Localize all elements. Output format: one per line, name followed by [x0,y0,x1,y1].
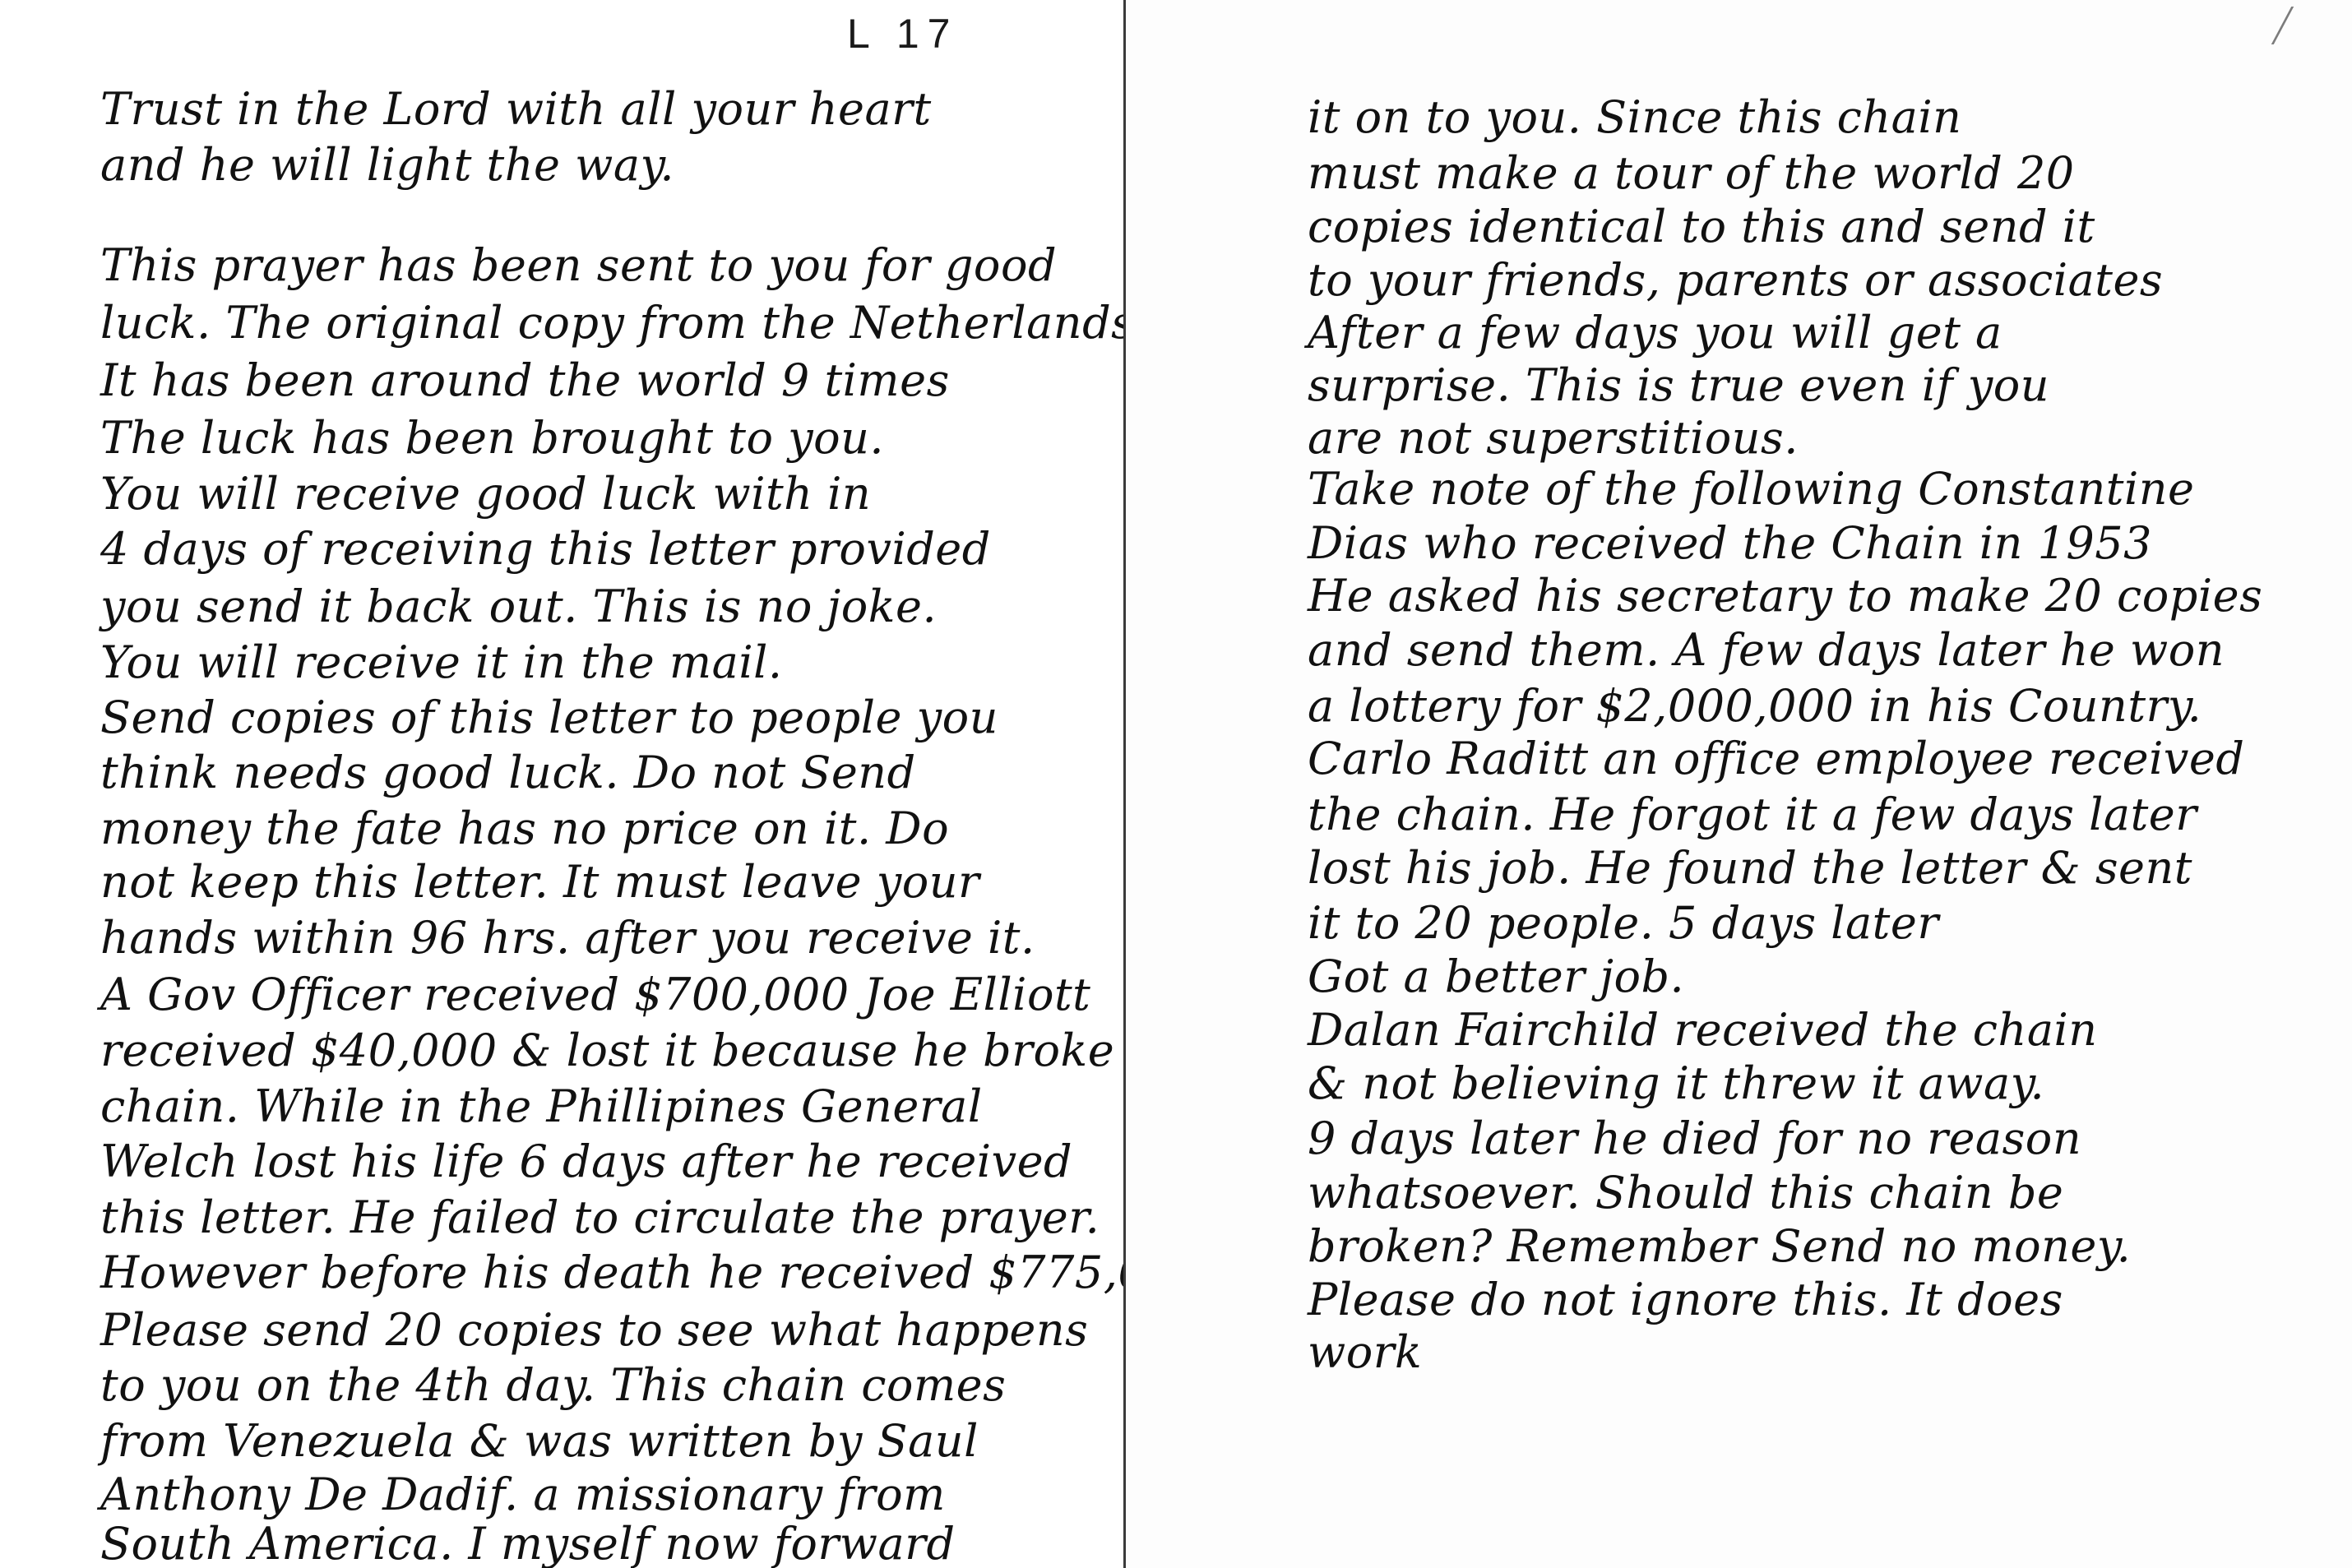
handwritten-line: You will receive it in the mail. [100,641,783,685]
handwritten-line: luck. The original copy from the Netherl… [100,301,1134,345]
left-page: L 17 Trust in the Lord with all your hea… [0,0,1123,1568]
handwritten-line: to you on the 4th day. This chain comes [100,1363,1006,1408]
handwritten-line: hands within 96 hrs. after you receive i… [100,916,1035,960]
handwritten-line: The luck has been brought to you. [100,416,884,460]
handwritten-line: This prayer has been sent to you for goo… [100,243,1057,288]
handwritten-line: However before his death he received $77… [100,1251,1204,1295]
handwritten-line: broken? Remember Send no money. [1308,1224,2131,1269]
handwritten-line: it to 20 people. 5 days later [1308,901,1939,946]
handwritten-line: from Venezuela & was written by Saul [100,1419,979,1464]
handwritten-line: Anthony De Dadif. a missionary from [100,1473,946,1517]
handwritten-line: a lottery for $2,000,000 in his Country. [1308,684,2202,728]
handwritten-line: A Gov Officer received $700,000 Joe Elli… [100,973,1090,1017]
tear-mark-icon [2271,7,2322,44]
handwritten-line: 9 days later he died for no reason [1308,1117,2081,1161]
handwritten-line: the chain. He forgot it a few days later [1308,793,2197,837]
handwritten-line: Dalan Fairchild received the chain [1308,1008,2098,1052]
handwritten-line: not keep this letter. It must leave your [100,860,979,904]
handwritten-line: Dias who received the Chain in 1953 [1308,521,2152,566]
handwritten-line: He asked his secretary to make 20 copies [1308,574,2262,618]
handwritten-line: to your friends, parents or associates [1308,258,2163,303]
handwritten-line: Trust in the Lord with all your heart [100,87,932,132]
handwritten-line: It has been around the world 9 times [100,358,950,403]
page-label: L 17 [847,10,958,58]
handwritten-line: received $40,000 & lost it because he br… [100,1029,1203,1073]
handwritten-line: and send them. A few days later he won [1308,628,2225,673]
handwritten-line: whatsoever. Should this chain be [1308,1171,2063,1215]
handwritten-line: work [1308,1330,1422,1375]
handwritten-line: After a few days you will get a [1308,311,2002,355]
handwritten-line: Carlo Raditt an office employee received [1308,737,2244,781]
handwritten-line: & not believing it threw it away. [1308,1062,2044,1106]
handwritten-line: you send it back out. This is no joke. [100,585,937,629]
handwritten-line: lost his job. He found the letter & sent [1308,846,2192,890]
handwritten-line: and he will light the way. [100,143,674,187]
handwritten-line: it on to you. Since this chain [1308,95,1961,140]
handwritten-line: South America. I myself now forward [100,1522,956,1566]
handwritten-line: are not superstitious. [1308,416,1799,460]
handwritten-line: You will receive good luck with in [100,472,871,516]
handwritten-line: Got a better job. [1308,955,1684,999]
handwritten-line: Please do not ignore this. It does [1308,1278,2063,1322]
handwritten-line: Welch lost his life 6 days after he rece… [100,1140,1072,1184]
handwritten-line: money the fate has no price on it. Do [100,807,949,851]
handwritten-line: Send copies of this letter to people you [100,696,998,740]
handwritten-line: Please send 20 copies to see what happen… [100,1308,1088,1353]
handwritten-line: think needs good luck. Do not Send [100,751,916,795]
handwritten-line: this letter. He failed to circulate the … [100,1196,1100,1240]
handwritten-line: Take note of the following Constantine [1308,467,2195,511]
handwritten-line: copies identical to this and send it [1308,205,2095,249]
handwritten-line: 4 days of receiving this letter provided [100,527,991,571]
handwritten-line: chain. While in the Phillipines General [100,1085,983,1129]
handwritten-line: surprise. This is true even if you [1308,363,2049,408]
handwritten-line: must make a tour of the world 20 [1308,151,2075,196]
